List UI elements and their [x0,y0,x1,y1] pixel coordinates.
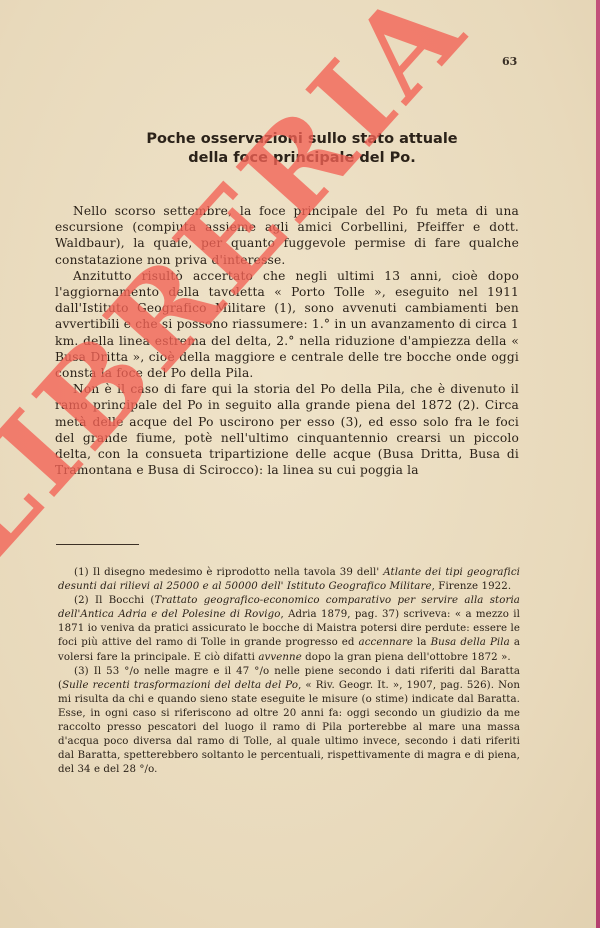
footnotes: (1) Il disegno medesimo è riprodotto nel… [58,566,520,777]
title-line-1: Poche osservazioni sullo stato attuale [60,130,544,149]
paragraph: Nello scorso settembre, la foce principa… [55,203,519,268]
page-edge [596,0,600,928]
footnote-text: , « Riv. Geogr. It. », 1907, pag. 526). … [58,680,520,776]
title-line-2: della foce principale del Po. [60,149,544,168]
footnote-text: (2) Il Bocchi ( [74,595,155,606]
italic-citation: avvenne [258,652,301,663]
italic-citation: accennare [359,637,414,648]
footnote: (3) Il 53 °/o nelle magre e il 47 °/o ne… [58,665,520,778]
footnote-text: , Firenze 1922. [432,581,512,592]
footnote-separator [56,544,139,545]
footnote: (1) Il disegno medesimo è riprodotto nel… [58,566,520,594]
paragraph: Non è il caso di fare qui la storia del … [55,381,519,478]
footnote-text: la [413,637,431,648]
page-number: 63 [502,55,517,68]
article-title: Poche osservazioni sullo stato attuale d… [60,130,544,168]
footnote: (2) Il Bocchi (Trattato geografico-econo… [58,594,520,664]
scanned-page: 63 Poche osservazioni sullo stato attual… [0,0,600,928]
italic-citation: Busa della Pila [431,637,510,648]
italic-citation: Sulle recenti trasformazioni del delta d… [62,680,298,691]
footnote-text: (1) Il disegno medesimo è riprodotto nel… [74,567,383,578]
article-body: Nello scorso settembre, la foce principa… [55,203,519,478]
footnote-text: dopo la gran piena dell'ottobre 1872 ». [302,652,511,663]
paragraph: Anzitutto risultò accertato che negli ul… [55,268,519,381]
